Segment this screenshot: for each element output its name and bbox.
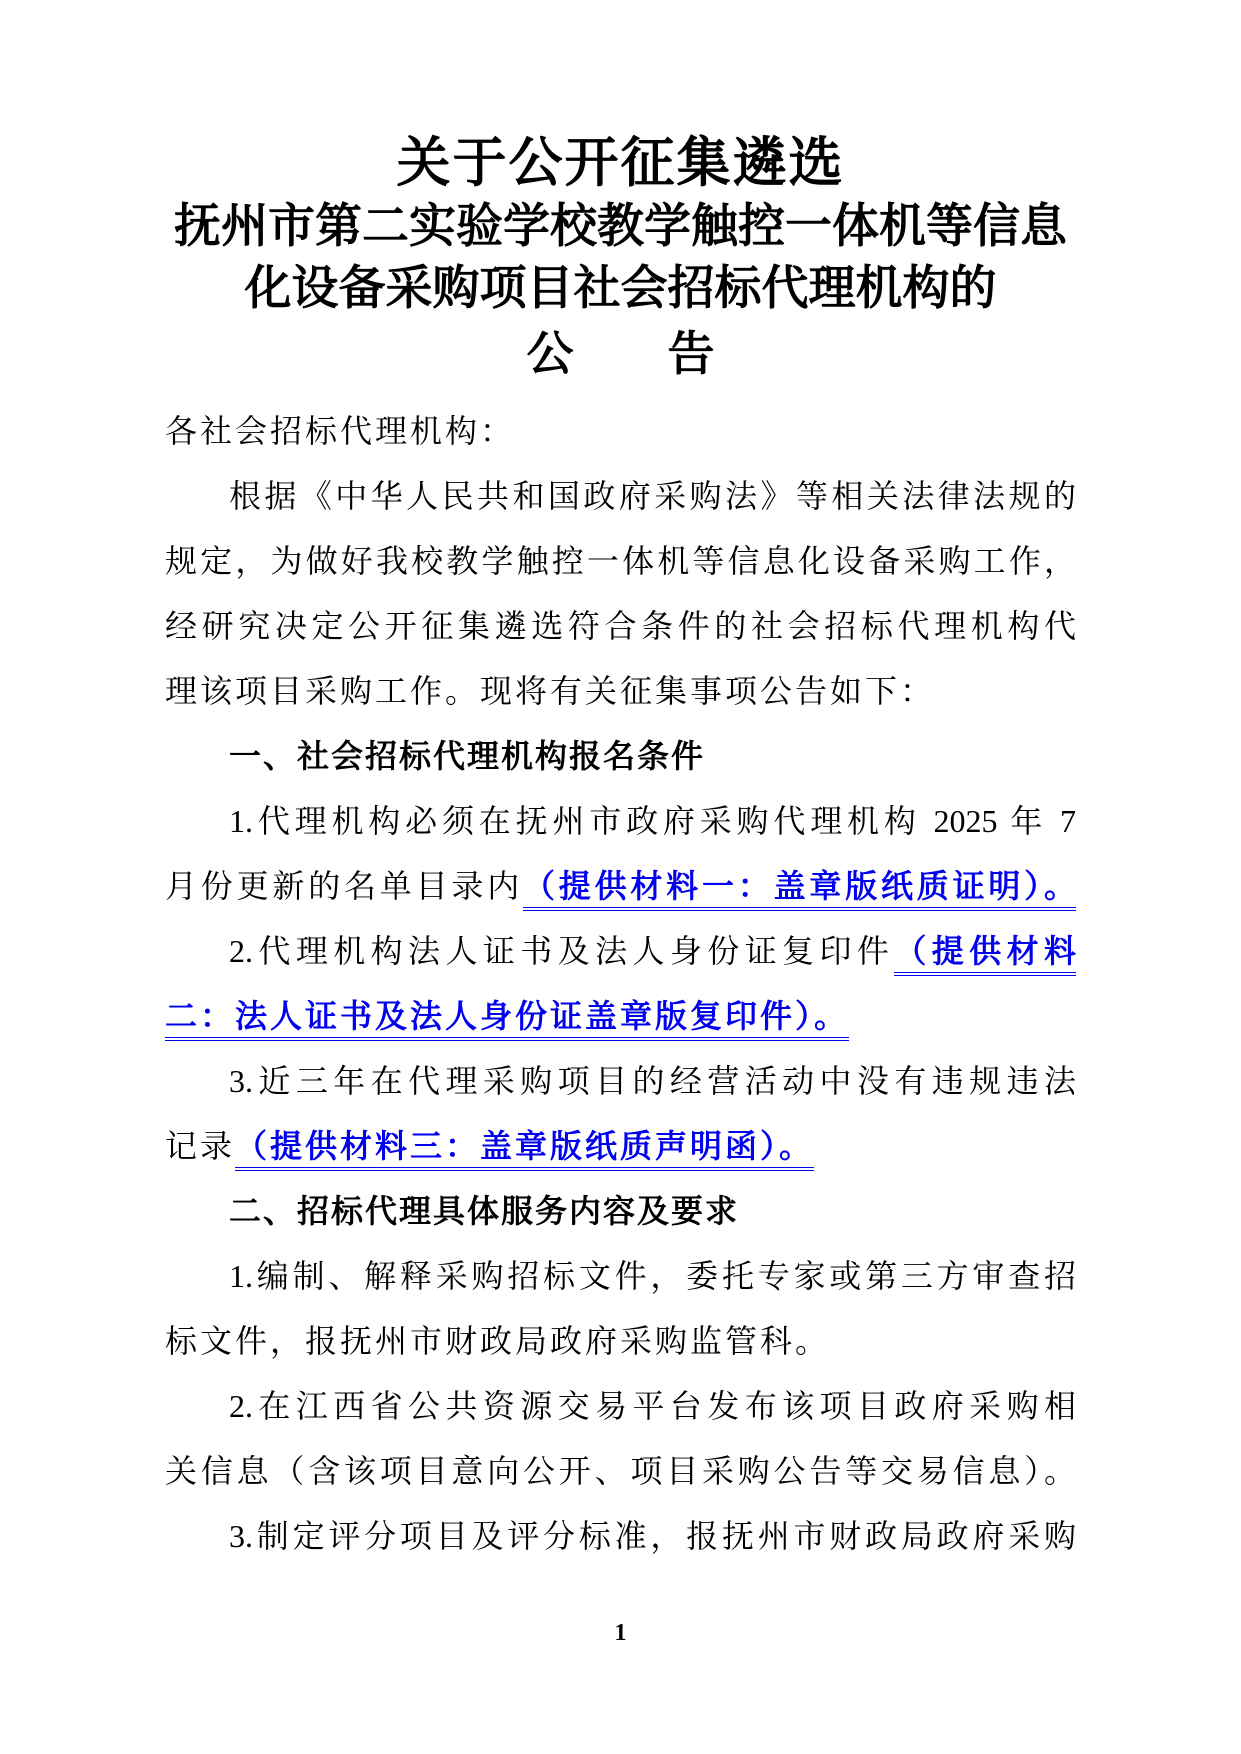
text-line: 经研究决定公开征集遴选符合条件的社会招标代理机构代 — [165, 594, 1076, 659]
text-segment: 记录 — [165, 1128, 235, 1164]
document-page: 关于公开征集遴选 抚州市第二实验学校教学触控一体机等信息 化设备采购项目社会招标… — [0, 0, 1241, 1754]
text-segment: 经研究决定公开征集遴选符合条件的社会招标代理机构代 — [165, 608, 1076, 644]
material-requirement-link[interactable]: （提供材料一：盖章版纸质证明）。 — [523, 868, 1076, 911]
text-line: 二：法人证书及法人身份证盖章版复印件）。 — [165, 984, 1076, 1049]
text-line: 2.在江西省公共资源交易平台发布该项目政府采购相 — [165, 1374, 1076, 1439]
section-heading: 二、招标代理具体服务内容及要求 — [165, 1179, 1076, 1244]
text-segment: 关信息（含该项目意向公开、项目采购公告等交易信息）。 — [165, 1453, 1076, 1489]
document-title-line-1: 关于公开征集遴选 — [163, 130, 1078, 196]
material-requirement-link[interactable]: 二：法人证书及法人身份证盖章版复印件）。 — [165, 998, 849, 1041]
text-segment: 3.近三年在代理采购项目的经营活动中没有违规违法 — [229, 1063, 1076, 1099]
page-number: 1 — [0, 1620, 1241, 1647]
text-segment: 标文件，报抚州市财政局政府采购监管科。 — [165, 1323, 830, 1359]
text-segment: 月份更新的名单目录内 — [165, 868, 523, 904]
document-title: 关于公开征集遴选 抚州市第二实验学校教学触控一体机等信息 化设备采购项目社会招标… — [163, 130, 1078, 386]
text-line: 月份更新的名单目录内（提供材料一：盖章版纸质证明）。 — [165, 854, 1076, 919]
text-line: 3.近三年在代理采购项目的经营活动中没有违规违法 — [165, 1049, 1076, 1114]
text-segment: 二、招标代理具体服务内容及要求 — [229, 1193, 739, 1229]
text-segment: 1.编制、解释采购招标文件，委托专家或第三方审查招 — [229, 1258, 1076, 1294]
text-line: 理该项目采购工作。现将有关征集事项公告如下： — [165, 659, 1076, 724]
text-segment: 一、社会招标代理机构报名条件 — [229, 738, 705, 774]
text-line: 关信息（含该项目意向公开、项目采购公告等交易信息）。 — [165, 1439, 1076, 1504]
text-line: 3.制定评分项目及评分标准，报抚州市财政局政府采购 — [165, 1504, 1076, 1569]
text-segment: 各社会招标代理机构： — [165, 413, 515, 449]
text-segment: 规定，为做好我校教学触控一体机等信息化设备采购工作， — [165, 543, 1076, 579]
section-heading: 一、社会招标代理机构报名条件 — [165, 724, 1076, 789]
text-segment: 理该项目采购工作。现将有关征集事项公告如下： — [165, 673, 935, 709]
text-line: 规定，为做好我校教学触控一体机等信息化设备采购工作， — [165, 529, 1076, 594]
text-line: 2.代理机构法人证书及法人身份证复印件（提供材料 — [165, 919, 1076, 984]
text-line: 1.代理机构必须在抚州市政府采购代理机构 2025 年 7 — [165, 789, 1076, 854]
text-segment: 2.代理机构法人证书及法人身份证复印件 — [229, 933, 894, 969]
document-title-gonggao: 公 告 — [163, 324, 1078, 386]
text-segment: 根据《中华人民共和国政府采购法》等相关法律法规的 — [229, 478, 1076, 514]
document-body: 各社会招标代理机构：根据《中华人民共和国政府采购法》等相关法律法规的规定，为做好… — [165, 399, 1076, 1569]
text-segment: 1.代理机构必须在抚州市政府采购代理机构 2025 年 7 — [229, 803, 1076, 839]
text-line: 根据《中华人民共和国政府采购法》等相关法律法规的 — [165, 464, 1076, 529]
document-title-line-2: 抚州市第二实验学校教学触控一体机等信息 — [163, 196, 1078, 258]
text-line: 标文件，报抚州市财政局政府采购监管科。 — [165, 1309, 1076, 1374]
text-line: 各社会招标代理机构： — [165, 399, 1076, 464]
text-line: 记录（提供材料三：盖章版纸质声明函）。 — [165, 1114, 1076, 1179]
material-requirement-link[interactable]: （提供材料三：盖章版纸质声明函）。 — [235, 1128, 814, 1171]
material-requirement-link[interactable]: （提供材料 — [894, 933, 1076, 976]
text-segment: 2.在江西省公共资源交易平台发布该项目政府采购相 — [229, 1388, 1076, 1424]
text-line: 1.编制、解释采购招标文件，委托专家或第三方审查招 — [165, 1244, 1076, 1309]
text-segment: 3.制定评分项目及评分标准，报抚州市财政局政府采购 — [229, 1518, 1076, 1554]
document-title-line-3: 化设备采购项目社会招标代理机构的 — [163, 258, 1078, 320]
